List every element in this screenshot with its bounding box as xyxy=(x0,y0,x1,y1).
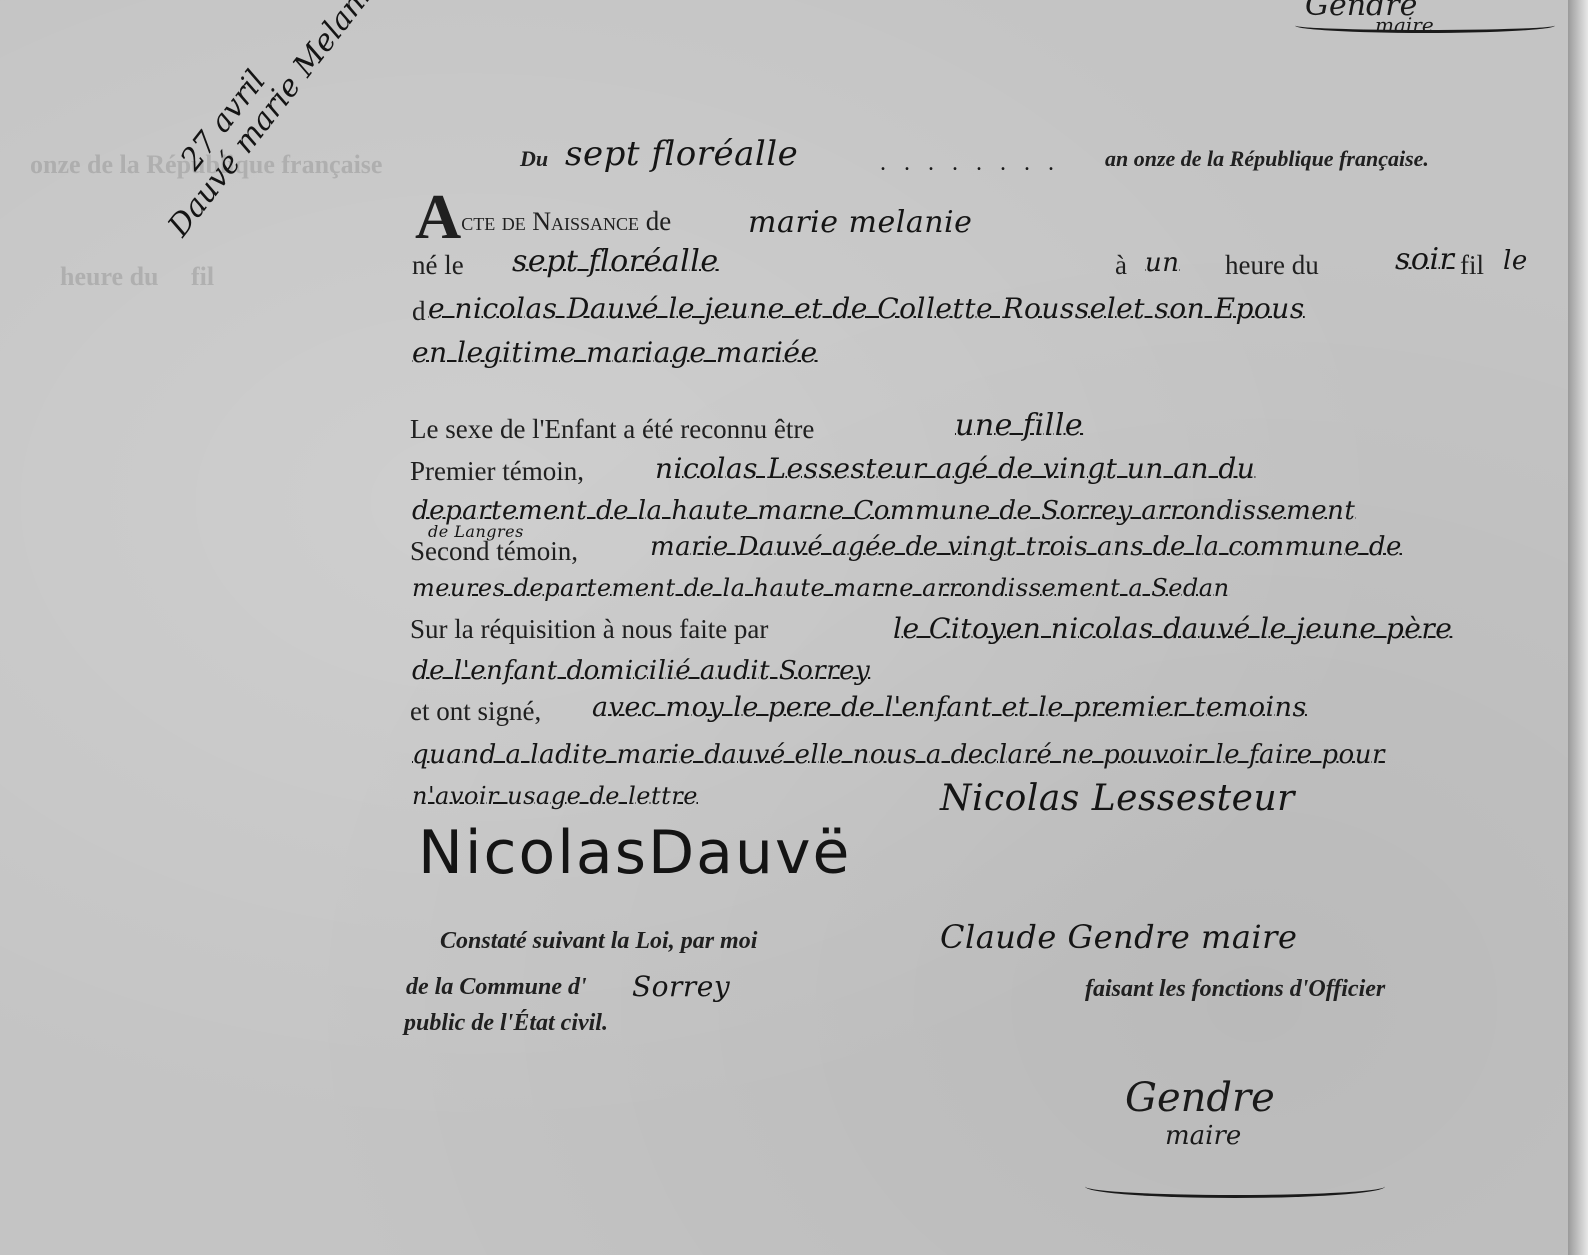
top-right-signature: Gendre maire xyxy=(1305,0,1434,37)
requisition-line-2: de l'enfant domicilié audit Sorrey xyxy=(412,656,870,686)
first-witness-line-1: nicolas Lessesteur agé de vingt un an du xyxy=(655,452,1255,485)
birth-hour: un xyxy=(1145,248,1180,278)
second-witness-label: Second témoin, xyxy=(410,536,578,567)
second-witness-line-1: marie Dauvé agée de vingt trois ans de l… xyxy=(650,532,1402,562)
parents-line-2: en legitime mariage mariée xyxy=(412,336,818,369)
officer-name: Claude Gendre maire xyxy=(940,918,1297,956)
republic-year: an onze de la République française. xyxy=(1105,146,1429,172)
a-label: à xyxy=(1115,250,1127,281)
requisition-label: Sur la réquisition à nous faite par xyxy=(410,614,768,645)
witness-signature: Nicolas Lessesteur xyxy=(940,778,1295,819)
document-page: onze de la République française heure du… xyxy=(0,0,1568,1255)
dropcap: A xyxy=(415,181,461,252)
signed-line-1: avec moy le pere de l'enfant et le premi… xyxy=(592,692,1307,723)
signature-flourish xyxy=(1295,18,1555,33)
title-de: de xyxy=(646,206,671,236)
requisition-line-1: le Citoyen nicolas dauvé le jeune père xyxy=(893,612,1452,645)
du-label: Du xyxy=(520,146,548,172)
header-date: sept floréalle xyxy=(565,134,798,174)
officer-function: faisant les fonctions d'Officier xyxy=(1085,976,1385,1003)
page-edge xyxy=(1568,0,1588,1255)
signature-flourish xyxy=(1085,1175,1385,1198)
mayor-signature: Gendre maire xyxy=(1125,1075,1275,1151)
signed-line-2: quand a ladite marie dauvé elle nous a d… xyxy=(412,740,1385,770)
act-title: Acte de Naissance de xyxy=(415,180,671,254)
signed-line-3: n'avoir usage de lettre xyxy=(412,782,698,810)
child-name: marie melanie xyxy=(748,205,972,240)
second-witness-line-2: meures departement de la haute marne arr… xyxy=(412,574,1230,602)
margin-note: 27 avril Dauvé marie Melanie xyxy=(100,0,389,291)
ne-le-label: né le xyxy=(412,250,464,281)
first-witness-label: Premier témoin, xyxy=(410,456,584,487)
father-signature: NicolasDauvë xyxy=(418,818,851,888)
fille-label: fil xyxy=(1460,250,1484,281)
commune-label: de la Commune d' xyxy=(406,974,587,1001)
signed-label: et ont signé, xyxy=(410,696,541,727)
fille-suffix: le xyxy=(1503,246,1528,276)
header-dots: . . . . . . . . xyxy=(880,150,1060,177)
sex-label: Le sexe de l'Enfant a été reconnu être xyxy=(410,414,814,445)
first-witness-line-2: departement de la haute marne Commune de… xyxy=(412,496,1355,526)
heure-du-label: heure du xyxy=(1225,250,1319,281)
sex-value: une fille xyxy=(955,408,1083,443)
act-title-text: cte de Naissance xyxy=(461,207,639,236)
constate-label: Constaté suivant la Loi, par moi xyxy=(440,928,757,955)
birth-date: sept floréalle xyxy=(512,244,719,279)
time-of-day: soir xyxy=(1395,242,1454,277)
parents-prefix: d xyxy=(412,296,426,327)
commune-name: Sorrey xyxy=(632,970,730,1003)
parents-line-1: e nicolas Dauvé le jeune et de Collette … xyxy=(428,292,1305,325)
etat-civil-label: public de l'État civil. xyxy=(404,1010,608,1037)
